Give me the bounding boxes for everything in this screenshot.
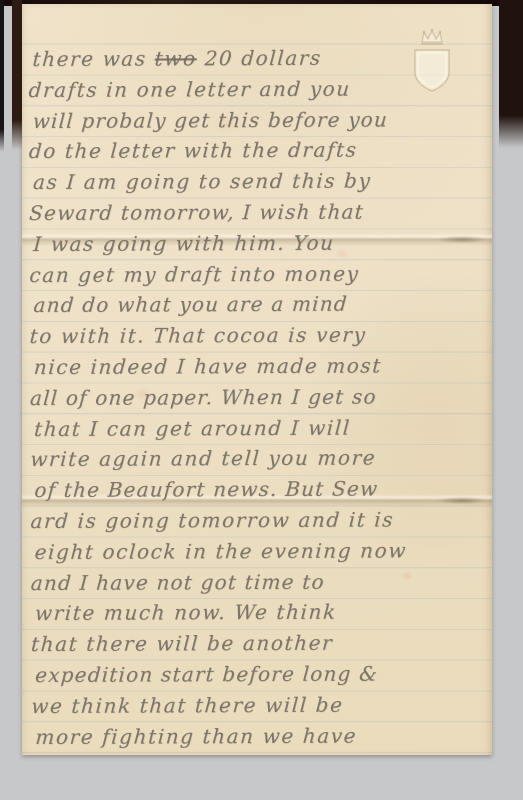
- letter-line: drafts in one letter and you: [28, 73, 486, 106]
- scan-edge-left-outer: [0, 0, 4, 152]
- letter-line: Seward tomorrow, I wish that: [28, 196, 486, 229]
- struck-word: two: [154, 46, 198, 70]
- letter-line: of the Beaufort news. But Sew: [29, 473, 487, 506]
- letter-line: that I can get around I will: [29, 412, 487, 445]
- letter-page: there was two 20 dollarsdrafts in one le…: [22, 4, 492, 755]
- letter-line: write much now. We think: [30, 596, 488, 629]
- letter-line: as I am going to send this by: [28, 165, 486, 198]
- letter-line: and I have not got time to: [30, 566, 488, 599]
- letter-text: there was two 20 dollarsdrafts in one le…: [28, 42, 487, 752]
- letter-line: write again and tell you more: [29, 442, 487, 475]
- letter-line: can get my draft into money: [28, 258, 486, 291]
- letter-line: we think that there will be: [30, 689, 488, 722]
- letter-line: I was going with him. You: [28, 227, 486, 260]
- letter-line: to with it. That cocoa is very: [29, 319, 487, 352]
- scan-edge-right: [499, 0, 523, 148]
- scan-edge-left-inner: [12, 0, 22, 150]
- letter-line: do the letter with the drafts: [28, 134, 486, 167]
- letter-line: will probaly get this before you: [28, 104, 486, 137]
- letter-line: there was two 20 dollars: [28, 42, 486, 75]
- letter-line: expedition start before long &: [30, 658, 488, 691]
- letter-line: more fighting than we have: [30, 720, 488, 753]
- letter-line: that there will be another: [30, 627, 488, 660]
- letter-line: and do what you are a mind: [29, 288, 487, 321]
- letter-line: nice indeed I have made most: [29, 350, 487, 383]
- letter-line: ard is going tomorrow and it is: [30, 504, 488, 537]
- letter-line: eight oclock in the evening now: [30, 535, 488, 568]
- letter-line: all of one paper. When I get so: [29, 381, 487, 414]
